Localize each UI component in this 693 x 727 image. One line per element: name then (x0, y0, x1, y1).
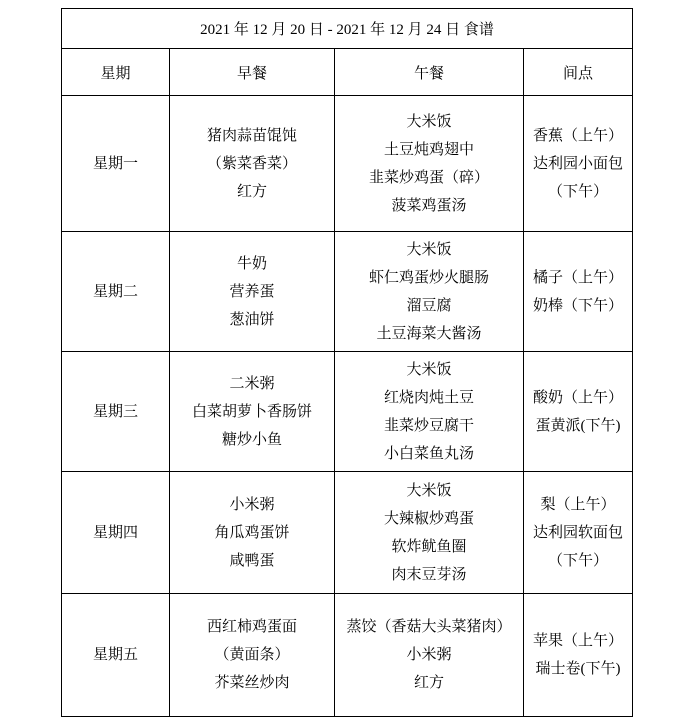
breakfast-cell: 猪肉蒜苗馄饨 （紫菜香菜） 红方 (170, 96, 335, 232)
lunch-cell: 大米饭 大辣椒炒鸡蛋 软炸鱿鱼圈 肉末豆芽汤 (335, 472, 524, 594)
menu-item: （下午） (524, 178, 632, 206)
menu-item: 土豆海菜大酱汤 (335, 320, 523, 348)
menu-item: 糖炒小鱼 (170, 426, 334, 454)
lunch-cell: 大米饭 土豆炖鸡翅中 韭菜炒鸡蛋（碎） 菠菜鸡蛋汤 (335, 96, 524, 232)
menu-item: 葱油饼 (170, 306, 334, 334)
lunch-cell: 大米饭 虾仁鸡蛋炒火腿肠 溜豆腐 土豆海菜大酱汤 (335, 232, 524, 352)
menu-item: 大辣椒炒鸡蛋 (335, 505, 523, 533)
menu-item: 土豆炖鸡翅中 (335, 136, 523, 164)
menu-item: 肉末豆芽汤 (335, 561, 523, 589)
column-header-snack: 间点 (524, 49, 633, 96)
snack-cell: 橘子（上午） 奶棒（下午） (524, 232, 633, 352)
menu-item: 小白菜鱼丸汤 (335, 440, 523, 468)
menu-item: 韭菜炒豆腐干 (335, 412, 523, 440)
breakfast-cell: 小米粥 角瓜鸡蛋饼 咸鸭蛋 (170, 472, 335, 594)
menu-item: 芥菜丝炒肉 (170, 669, 334, 697)
breakfast-cell: 二米粥 白菜胡萝卜香肠饼 糖炒小鱼 (170, 352, 335, 472)
day-label: 星期四 (62, 523, 169, 543)
menu-item: 溜豆腐 (335, 292, 523, 320)
day-cell: 星期一 (62, 96, 170, 232)
menu-item: 达利园软面包 (524, 519, 632, 547)
table-row-friday: 星期五 西红柿鸡蛋面 （黄面条） 芥菜丝炒肉 蒸饺（香菇大头菜猪肉） 小米粥 红… (62, 594, 633, 717)
menu-item: 小米粥 (170, 491, 334, 519)
menu-item: 蒸饺（香菇大头菜猪肉） (335, 613, 523, 641)
day-label: 星期三 (62, 402, 169, 422)
breakfast-cell: 西红柿鸡蛋面 （黄面条） 芥菜丝炒肉 (170, 594, 335, 717)
document-page: 2021 年 12 月 20 日 - 2021 年 12 月 24 日 食谱 星… (0, 0, 693, 727)
table-row-monday: 星期一 猪肉蒜苗馄饨 （紫菜香菜） 红方 大米饭 土豆炖鸡翅中 韭菜炒鸡蛋（碎）… (62, 96, 633, 232)
table-row-thursday: 星期四 小米粥 角瓜鸡蛋饼 咸鸭蛋 大米饭 大辣椒炒鸡蛋 软炸鱿鱼圈 肉末豆芽汤… (62, 472, 633, 594)
menu-title: 2021 年 12 月 20 日 - 2021 年 12 月 24 日 食谱 (62, 9, 633, 49)
menu-item: 大米饭 (335, 356, 523, 384)
menu-item: 梨（上午） (524, 491, 632, 519)
column-header-breakfast: 早餐 (170, 49, 335, 96)
menu-item: 蛋黄派(下午) (524, 412, 632, 440)
table-row-wednesday: 星期三 二米粥 白菜胡萝卜香肠饼 糖炒小鱼 大米饭 红烧肉炖土豆 韭菜炒豆腐干 … (62, 352, 633, 472)
day-cell: 星期二 (62, 232, 170, 352)
day-label: 星期一 (62, 154, 169, 174)
menu-item: 韭菜炒鸡蛋（碎） (335, 164, 523, 192)
menu-item: 咸鸭蛋 (170, 547, 334, 575)
menu-item: 苹果（上午） (524, 627, 632, 655)
menu-item: 瑞士卷(下午) (524, 655, 632, 683)
menu-item: 红方 (170, 178, 334, 206)
snack-cell: 梨（上午） 达利园软面包 （下午） (524, 472, 633, 594)
day-cell: 星期四 (62, 472, 170, 594)
menu-item: 牛奶 (170, 250, 334, 278)
menu-item: 大米饭 (335, 477, 523, 505)
menu-item: （紫菜香菜） (170, 150, 334, 178)
menu-item: 角瓜鸡蛋饼 (170, 519, 334, 547)
menu-item: 香蕉（上午） (524, 122, 632, 150)
day-cell: 星期三 (62, 352, 170, 472)
menu-item: 大米饭 (335, 108, 523, 136)
menu-table: 2021 年 12 月 20 日 - 2021 年 12 月 24 日 食谱 星… (61, 8, 633, 717)
title-row: 2021 年 12 月 20 日 - 2021 年 12 月 24 日 食谱 (62, 9, 633, 49)
menu-item: 菠菜鸡蛋汤 (335, 192, 523, 220)
menu-item: 小米粥 (335, 641, 523, 669)
menu-item: （黄面条） (170, 641, 334, 669)
menu-item: 奶棒（下午） (524, 292, 632, 320)
menu-item: 二米粥 (170, 370, 334, 398)
column-header-lunch: 午餐 (335, 49, 524, 96)
menu-item: 红方 (335, 669, 523, 697)
menu-item: 大米饭 (335, 236, 523, 264)
lunch-cell: 大米饭 红烧肉炖土豆 韭菜炒豆腐干 小白菜鱼丸汤 (335, 352, 524, 472)
menu-item: 软炸鱿鱼圈 (335, 533, 523, 561)
breakfast-cell: 牛奶 营养蛋 葱油饼 (170, 232, 335, 352)
menu-item: 虾仁鸡蛋炒火腿肠 (335, 264, 523, 292)
column-header-day: 星期 (62, 49, 170, 96)
snack-cell: 苹果（上午） 瑞士卷(下午) (524, 594, 633, 717)
day-label: 星期二 (62, 282, 169, 302)
menu-item: 西红柿鸡蛋面 (170, 613, 334, 641)
snack-cell-highlighted: 酸奶（上午） 蛋黄派(下午) (524, 352, 633, 472)
day-cell: 星期五 (62, 594, 170, 717)
menu-item: 酸奶（上午） (524, 384, 632, 412)
header-row: 星期 早餐 午餐 间点 (62, 49, 633, 96)
menu-item: 猪肉蒜苗馄饨 (170, 122, 334, 150)
table-row-tuesday: 星期二 牛奶 营养蛋 葱油饼 大米饭 虾仁鸡蛋炒火腿肠 溜豆腐 土豆海菜大酱汤 … (62, 232, 633, 352)
menu-item: 达利园小面包 (524, 150, 632, 178)
snack-cell: 香蕉（上午） 达利园小面包 （下午） (524, 96, 633, 232)
menu-item: 营养蛋 (170, 278, 334, 306)
menu-item: 白菜胡萝卜香肠饼 (170, 398, 334, 426)
day-label: 星期五 (62, 645, 169, 665)
menu-item: 红烧肉炖土豆 (335, 384, 523, 412)
lunch-cell: 蒸饺（香菇大头菜猪肉） 小米粥 红方 (335, 594, 524, 717)
menu-item: 橘子（上午） (524, 264, 632, 292)
menu-item: （下午） (524, 547, 632, 575)
